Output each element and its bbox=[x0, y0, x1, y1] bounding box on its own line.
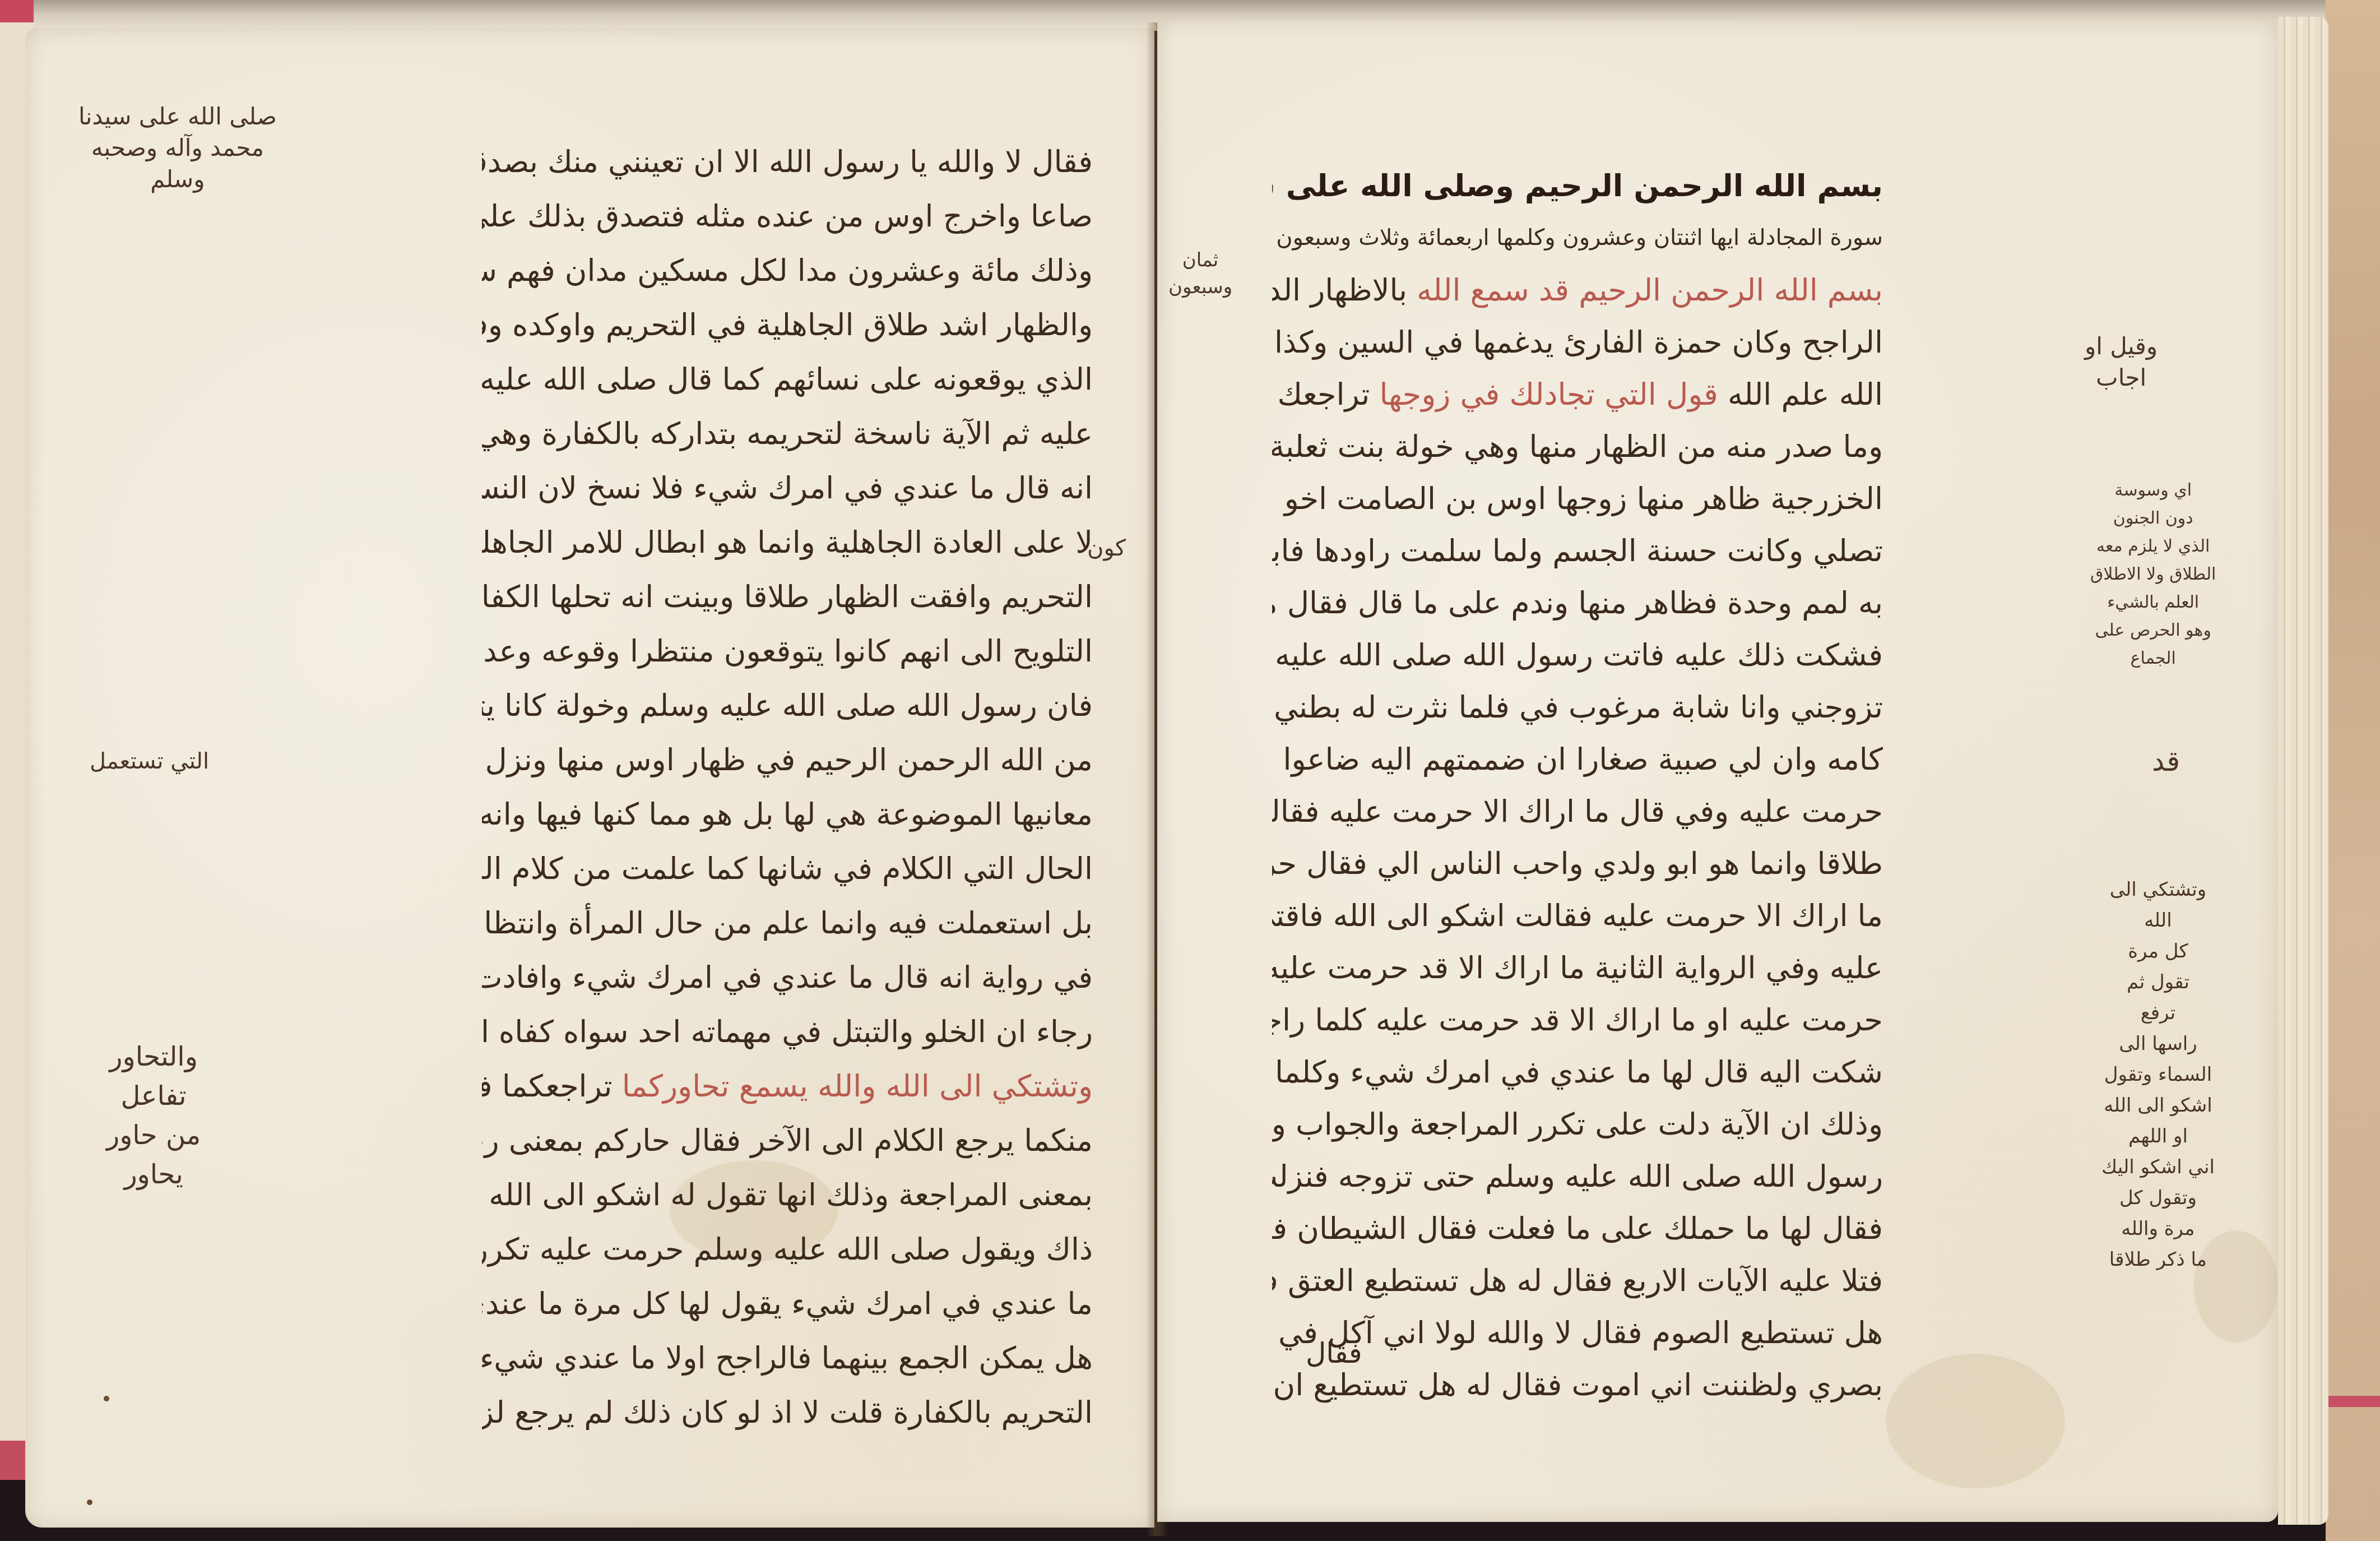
text-line: الراجح وكان حمزة الفارئ يدغمها في السين … bbox=[1272, 316, 1883, 368]
text-line: بصري ولظننت اني اموت فقال له هل تستطيع ا… bbox=[1272, 1359, 1883, 1411]
text-line: لا على العادة الجاهلية وانما هو ابطال لل… bbox=[482, 515, 1093, 570]
text-line: الذي يوقعونه على نسائهم كما قال صلى الله… bbox=[482, 352, 1093, 406]
text-line: هل يمكن الجمع بينهما فالراجح اولا ما عند… bbox=[482, 1331, 1093, 1385]
text-line: وذلك مائة وعشرون مدا لكل مسكين مدان فهم … bbox=[482, 243, 1093, 298]
text-line: فتلا عليه الآيات الاربع فقال له هل تستطي… bbox=[1272, 1255, 1883, 1307]
text-line: معانيها الموضوعة هي لها بل هو مما كنها ف… bbox=[482, 787, 1093, 841]
text-line: شكت اليه قال لها ما عندي في امرك شيء وكل… bbox=[1272, 1046, 1883, 1098]
margin-note-tastamil: التي تستعمل bbox=[90, 746, 209, 777]
margin-note-qad: قد bbox=[2152, 746, 2180, 777]
text-line: بمعنى المراجعة وذلك انها تقول له اشكو ال… bbox=[482, 1168, 1093, 1222]
margin-note-blessing: صلى الله على سيدنا محمد وآله وصحبه وسلم bbox=[78, 101, 277, 195]
text-line: عليه ثم الآية ناسخة لتحريمه بتداركه بالك… bbox=[482, 406, 1093, 461]
text-line: التلويح الى انهم كانوا يتوقعون منتظرا وق… bbox=[482, 624, 1093, 678]
text-line: في رواية انه قال ما عندي في امرك شيء واف… bbox=[482, 950, 1093, 1005]
text-line: صاعا واخرج اوس من عنده مثله فتصدق بذلك ع… bbox=[482, 189, 1093, 243]
text-line: حرمت عليه وفي قال ما اراك الا حرمت عليه … bbox=[1272, 785, 1883, 837]
text-line: منكما يرجع الكلام الى الآخر فقال حاركم ب… bbox=[482, 1113, 1093, 1168]
rubricated-line: بسم الله الرحمن الرحيم قد سمع الله بالاظ… bbox=[1272, 264, 1883, 316]
text-line: رجاء ان الخلو والتبتل في مهماته احد سواه… bbox=[482, 1005, 1093, 1059]
text-line: كامه وان لي صبية صغارا ان ضممتهم اليه ضا… bbox=[1272, 733, 1883, 785]
catchword: فقال bbox=[1306, 1337, 1362, 1369]
text-line: ما اراك الا حرمت عليه فقالت اشكو الى الل… bbox=[1272, 890, 1883, 942]
text-line: انه قال ما عندي في امرك شيء فلا نسخ لان … bbox=[482, 461, 1093, 515]
text-line: فقال لها ما حملك على ما فعلت فقال الشيطا… bbox=[1272, 1202, 1883, 1255]
margin-note-tashtaki-gloss: وتشتكي الى الله كل مرة تقول ثم ترفع راسه… bbox=[2101, 874, 2215, 1275]
rubricated-line: الله علم الله قول التي تجادلك في زوجها ت… bbox=[1272, 368, 1883, 420]
text-line: وذلك ان الآية دلت على تكرر المراجعة والج… bbox=[1272, 1098, 1883, 1150]
sura-info-line: سورة المجادلة ايها اثنتان وعشرون وكلمها … bbox=[1272, 212, 1883, 264]
text-line: عليه وفي الرواية الثانية ما اراك الا قد … bbox=[1272, 942, 1883, 994]
basmala-heading: بسم الله الرحمن الرحيم وصلى الله على سيد… bbox=[1272, 160, 1883, 212]
text-line: التحريم بالكفارة قلت لا اذ لو كان ذلك لم… bbox=[482, 1385, 1093, 1440]
right-page-text-block: بسم الله الرحمن الرحيم وصلى الله على سيد… bbox=[1272, 160, 1883, 1411]
foxing-spot bbox=[104, 1396, 109, 1401]
text-line: ما عندي في امرك شيء يقول لها كل مرة ما ع… bbox=[482, 1276, 1093, 1331]
text-line: ذاك ويقول صلى الله عليه وسلم حرمت عليه ت… bbox=[482, 1222, 1093, 1276]
rubric-line-tail: تراجعكما في الكلام كل واحد bbox=[482, 1068, 612, 1104]
margin-note-verse-count: ثمان وسبعون bbox=[1168, 247, 1232, 300]
text-line: حرمت عليه او ما اراك الا قد حرمت عليه كل… bbox=[1272, 994, 1883, 1046]
red-edge-band bbox=[0, 1441, 27, 1480]
text-line: تصلي وكانت حسنة الجسم ولما سلمت راودها ف… bbox=[1272, 525, 1883, 577]
text-line: الخزرجية ظاهر منها زوجها اوس بن الصامت ا… bbox=[1272, 473, 1883, 525]
text-line: الحال التي الكلام في شانها كما علمت من ك… bbox=[482, 841, 1093, 896]
text-line: طلاقا وانما هو ابو ولدي واحب الناس الي ف… bbox=[1272, 837, 1883, 890]
left-page-text-block: فقال لا والله يا رسول الله الا ان تعينني… bbox=[482, 135, 1093, 1440]
margin-note-kawn: كون bbox=[1087, 533, 1126, 564]
text-line: هل تستطيع الصوم فقال لا والله لولا اني آ… bbox=[1272, 1307, 1883, 1359]
rubric-basmala-verse: بسم الله الرحمن الرحيم قد سمع الله bbox=[1417, 272, 1883, 308]
text-line: به لمم وحدة فظاهر منها وندم على ما قال ف… bbox=[1272, 577, 1883, 629]
binding-board bbox=[2326, 0, 2380, 1541]
text-line: تزوجني وانا شابة مرغوب في فلما نثرت له ب… bbox=[1272, 681, 1883, 733]
page-block-fore-edge bbox=[2278, 17, 2328, 1525]
text-line: فقال لا والله يا رسول الله الا ان تعينني… bbox=[482, 135, 1093, 189]
margin-note-lamam-gloss: اي وسوسة دون الجنون الذي لا يلزم معه الط… bbox=[2090, 476, 2216, 673]
text-line: فشكت ذلك عليه فاتت رسول الله صلى الله عل… bbox=[1272, 629, 1883, 681]
text-line: من الله الرحمن الرحيم في ظهار اوس منها و… bbox=[482, 733, 1093, 787]
text-line: التحريم وافقت الظهار طلاقا وبينت انه تحل… bbox=[482, 570, 1093, 624]
text-line: والظهار اشد طلاق الجاهلية في التحريم واو… bbox=[482, 298, 1093, 352]
manuscript-spread: فقال لا والله يا رسول الله الا ان تعينني… bbox=[0, 0, 2380, 1541]
rubric-quranic-quote: وتشتكي الى الله والله يسمع تحاوركما bbox=[622, 1068, 1093, 1104]
rubric-quranic-quote: قول التي تجادلك في زوجها bbox=[1379, 377, 1718, 412]
text-line: بل استعملت فيه وانما علم من حال المرأة و… bbox=[482, 896, 1093, 950]
text-line: وما صدر منه من الظهار منها وهي خولة بنت … bbox=[1272, 420, 1883, 473]
binding-red-edge bbox=[2326, 1396, 2380, 1407]
text-line: رسول الله صلى الله عليه وسلم حتى تزوجه ف… bbox=[1272, 1150, 1883, 1202]
foxing-spot bbox=[87, 1500, 92, 1505]
paper-stain bbox=[1886, 1354, 2065, 1488]
rubricated-line: وتشتكي الى الله والله يسمع تحاوركما تراج… bbox=[482, 1059, 1093, 1113]
margin-note-tahawur: والتحاور تفاعل من حاور يحاور bbox=[106, 1037, 201, 1194]
text-line: فان رسول الله صلى الله عليه وسلم وخولة ك… bbox=[482, 678, 1093, 733]
margin-note-qila: وقيل او اجاب bbox=[2085, 331, 2158, 394]
